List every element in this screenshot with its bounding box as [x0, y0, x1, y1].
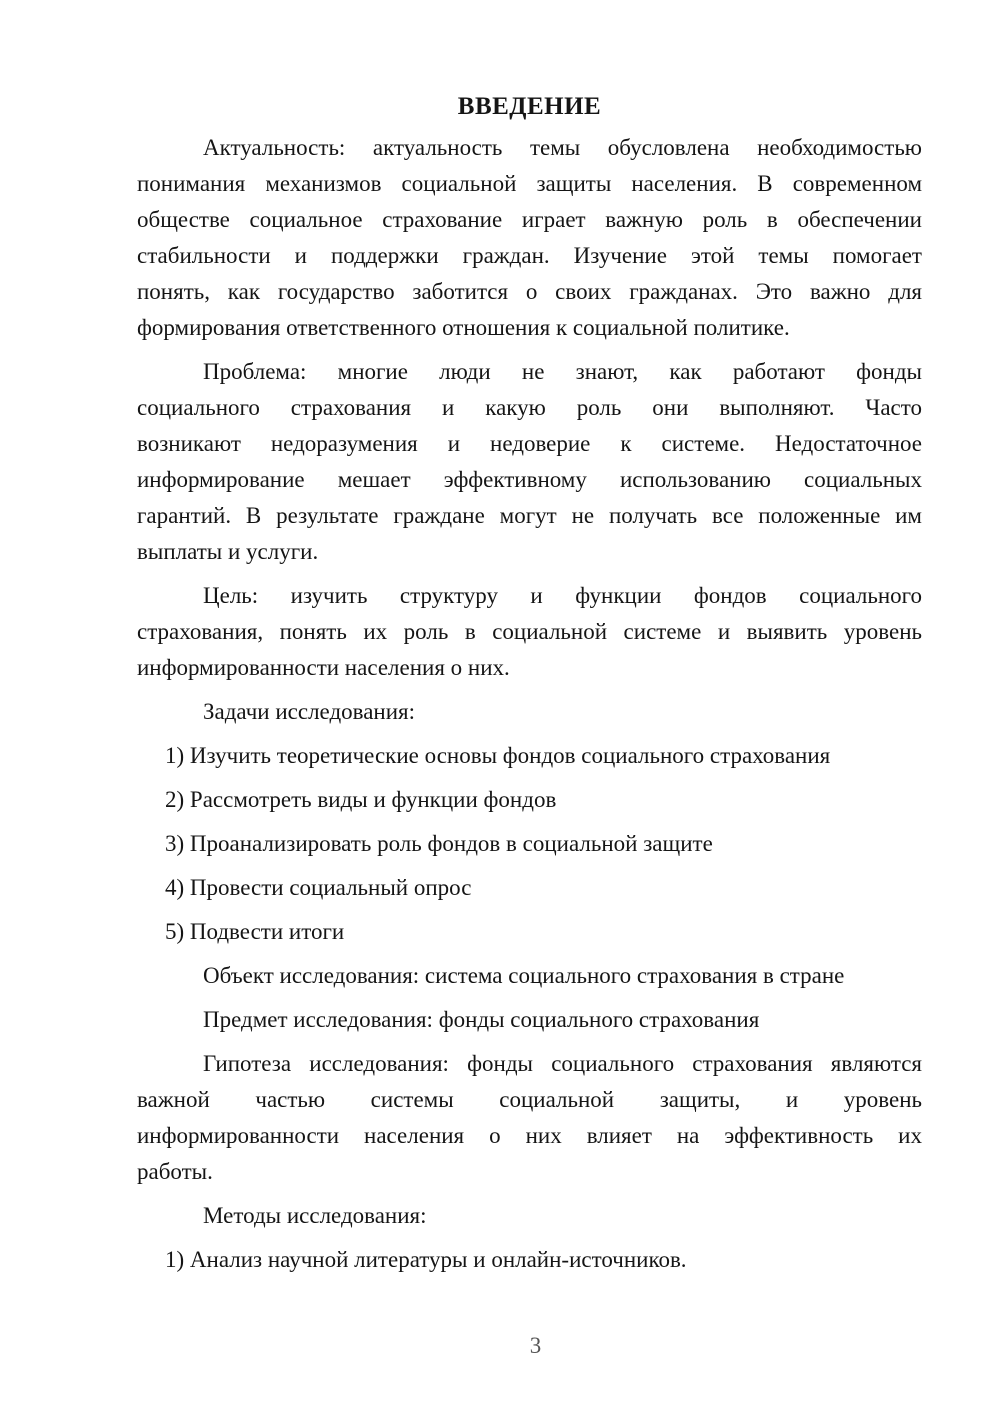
text-line: стабильности и поддержки граждан. Изучен… [137, 238, 922, 274]
task-item-2: 2) Рассмотреть виды и функции фондов [137, 782, 922, 818]
methods-heading: Методы исследования: [137, 1198, 922, 1234]
text-line: обществе социальное страхование играет в… [137, 202, 922, 238]
text-line: социального страхования и какую роль они… [137, 390, 922, 426]
text-line: Цель: изучить структуру и функции фондов… [137, 578, 922, 614]
page-content: ВВЕДЕНИЕ Актуальность: актуальность темы… [137, 0, 922, 1286]
text-line: важной частью системы социальной защиты,… [137, 1082, 922, 1118]
method-item-1: 1) Анализ научной литературы и онлайн-ис… [137, 1242, 922, 1278]
text-line: информированности населения о них влияет… [137, 1118, 922, 1154]
paragraph-relevance: Актуальность: актуальность темы обусловл… [137, 130, 922, 346]
text-line: Проблема: многие люди не знают, как рабо… [137, 354, 922, 390]
page-number: 3 [143, 1331, 928, 1361]
section-title: ВВЕДЕНИЕ [137, 92, 922, 122]
paragraph-problem: Проблема: многие люди не знают, как рабо… [137, 354, 922, 570]
task-item-5: 5) Подвести итоги [137, 914, 922, 950]
task-item-4: 4) Провести социальный опрос [137, 870, 922, 906]
text-line: информированности населения о них. [137, 650, 922, 686]
text-line: информирование мешает эффективному испол… [137, 462, 922, 498]
text-line: формирования ответственного отношения к … [137, 310, 922, 346]
tasks-heading: Задачи исследования: [137, 694, 922, 730]
text-line: работы. [137, 1154, 922, 1190]
text-line: страхования, понять их роль в социальной… [137, 614, 922, 650]
task-item-1: 1) Изучить теоретические основы фондов с… [137, 738, 922, 774]
text-line: понимания механизмов социальной защиты н… [137, 166, 922, 202]
text-line: выплаты и услуги. [137, 534, 922, 570]
paragraph-subject: Предмет исследования: фонды социального … [137, 1002, 922, 1038]
text-line: понять, как государство заботится о свои… [137, 274, 922, 310]
task-item-3: 3) Проанализировать роль фондов в социал… [137, 826, 922, 862]
text-line: Гипотеза исследования: фонды социального… [137, 1046, 922, 1082]
paragraph-hypothesis: Гипотеза исследования: фонды социального… [137, 1046, 922, 1190]
paragraph-object: Объект исследования: система социального… [137, 958, 922, 994]
text-line: возникают недоразумения и недоверие к си… [137, 426, 922, 462]
document-page: ВВЕДЕНИЕ Актуальность: актуальность темы… [0, 0, 1000, 1414]
text-line: гарантий. В результате граждане могут не… [137, 498, 922, 534]
text-line: Актуальность: актуальность темы обусловл… [137, 130, 922, 166]
paragraph-goal: Цель: изучить структуру и функции фондов… [137, 578, 922, 686]
